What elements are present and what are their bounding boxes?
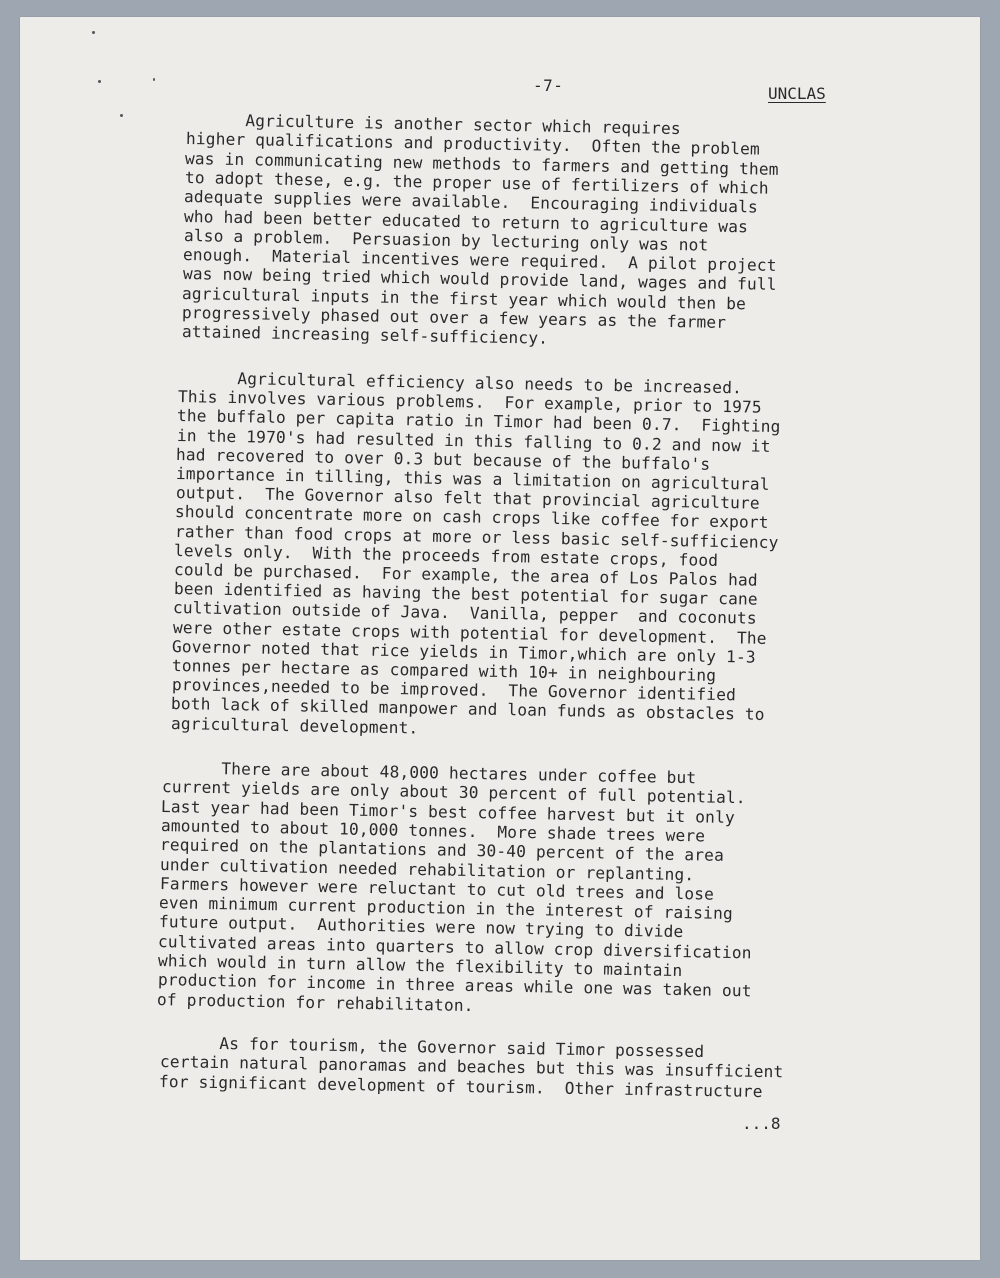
scan-speck bbox=[160, 905, 162, 907]
continuation-marker: ...8 bbox=[742, 1114, 781, 1133]
scan-speck bbox=[98, 80, 101, 83]
page-number: -7- bbox=[533, 76, 563, 95]
scan-speck bbox=[92, 31, 95, 34]
text-line: agricultural development. bbox=[171, 714, 419, 738]
classification-marking: UNCLAS bbox=[768, 84, 826, 103]
scan-speck bbox=[153, 78, 155, 81]
scan-speck bbox=[120, 114, 123, 117]
